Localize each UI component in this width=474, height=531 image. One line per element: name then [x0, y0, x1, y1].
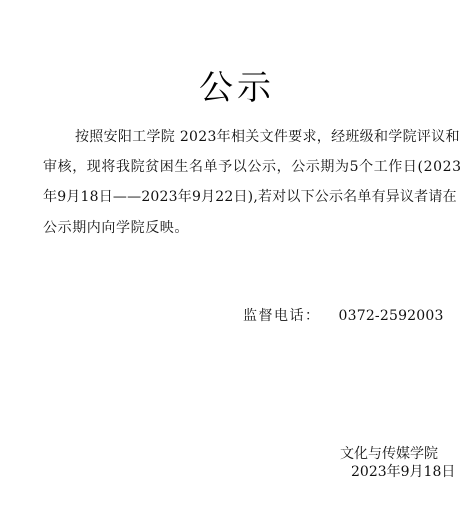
supervision-contact: 监督电话：0372-2592003	[243, 307, 444, 325]
contact-label: 监督电话：	[243, 308, 321, 324]
body-line: 公示期内向学院反映。	[43, 219, 189, 237]
body-line: 年9月18日——2023年9月22日),若对以下公示名单有异议者请在	[43, 188, 457, 206]
body-line: 按照安阳工学院 2023年相关文件要求，经班级和学院评议和	[75, 128, 460, 146]
signature-date: 2023年9月18日	[351, 463, 455, 482]
contact-phone: 0372-2592003	[339, 308, 444, 324]
signature-organization: 文化与传媒学院	[340, 445, 438, 464]
document-title: 公示	[0, 66, 474, 110]
body-line: 审核，现将我院贫困生名单予以公示，公示期为5个工作日(2023	[43, 158, 462, 176]
